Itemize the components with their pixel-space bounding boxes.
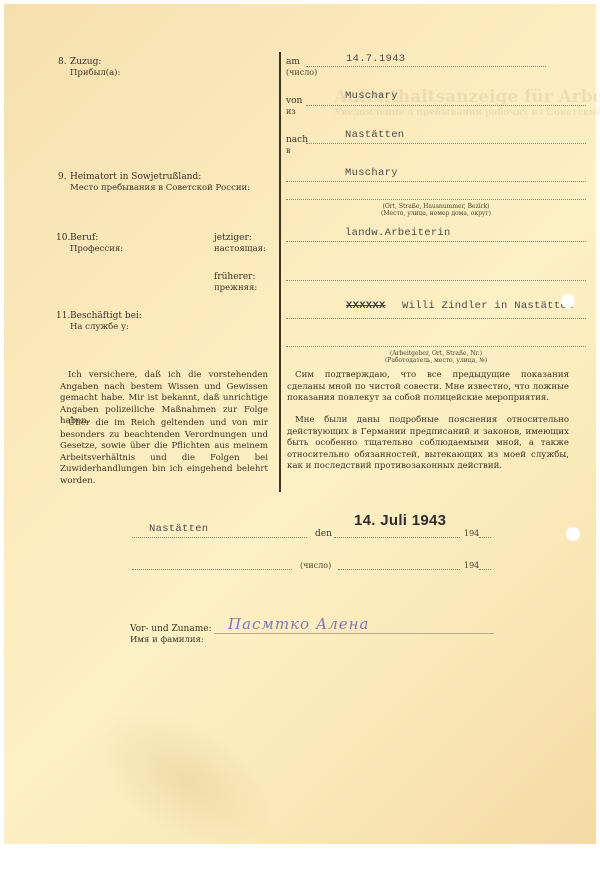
place-line-ru[interactable]	[132, 569, 292, 570]
declaration-de-para-2: Über die im Reich geltenden und von mir …	[60, 418, 268, 487]
hometown-line	[286, 181, 586, 182]
hometown-line-2	[286, 199, 586, 200]
former-profession-label-ru: прежняя:	[214, 283, 257, 293]
employer-hint-ru: (Работодатель, место, улица, №)	[286, 357, 586, 364]
employer-line	[286, 318, 586, 319]
year-prefix-2: 194	[464, 561, 479, 571]
chislo-label: (число)	[300, 561, 331, 571]
arrival-to-label-ru: в	[286, 146, 291, 156]
current-profession-label-ru: настоящая:	[214, 244, 266, 254]
employer-struck-text: XXXXXX	[346, 300, 386, 312]
field-10-label-ru: Профессия:	[70, 244, 123, 254]
current-profession-label-de: jetziger:	[214, 233, 252, 244]
field-9-label-de: Heimatort in Sowjetrußland:	[70, 172, 201, 183]
employer-value[interactable]: Willi Zindler in Nastätten	[402, 300, 574, 312]
declaration-ru-para-2: Мне были даны подробные пояснения относи…	[287, 415, 569, 473]
former-profession-label-de: früherer:	[214, 272, 256, 283]
field-11-label-ru: На службе у:	[70, 322, 129, 332]
arrival-from-label-de: von	[286, 96, 302, 107]
punch-hole-lower	[566, 527, 580, 541]
signature-value[interactable]: Пасмтко Алена	[228, 615, 369, 633]
date-line-ru[interactable]	[338, 569, 460, 570]
hometown-hint-de: (Ort, Straße, Hausnummer, Bezirk)	[286, 203, 586, 210]
field-9-number: 9.	[58, 172, 67, 183]
punch-hole-upper	[561, 294, 575, 308]
full-name-label-ru: Имя и фамилия:	[130, 635, 204, 645]
date-stamp: 14. Juli 1943	[354, 512, 446, 529]
arrival-date-label-ru: (число)	[286, 68, 317, 78]
declaration-ru-para-1: Сим подтверждаю, что все предыдущие пока…	[287, 370, 569, 405]
place-value[interactable]: Nastätten	[149, 523, 208, 535]
hometown-hint-ru: (Место, улица, номер дома, округ)	[286, 210, 586, 217]
former-profession-line[interactable]	[286, 280, 586, 281]
arrival-date-line	[306, 66, 546, 67]
field-9-label-ru: Место пребывания в Советской России:	[70, 183, 250, 193]
arrival-to-line	[306, 143, 586, 144]
arrival-to-value[interactable]: Nastätten	[345, 129, 404, 141]
employer-line-2	[286, 346, 586, 347]
arrival-to-label-de: nach	[286, 135, 308, 146]
year-line-2[interactable]	[479, 569, 491, 570]
column-divider	[279, 52, 281, 492]
arrival-from-line	[306, 105, 586, 106]
year-line-1[interactable]	[479, 537, 491, 538]
year-prefix-1: 194	[464, 529, 479, 539]
current-profession-line	[286, 241, 586, 242]
date-line	[334, 537, 460, 538]
hometown-value[interactable]: Muschary	[345, 167, 398, 179]
arrival-from-value[interactable]: Muschary	[345, 90, 398, 102]
field-8-label-ru: Прибыл(а):	[70, 68, 120, 78]
field-8-number: 8.	[58, 57, 67, 68]
field-11-number: 11.	[56, 311, 70, 322]
field-10-number: 10.	[56, 233, 70, 244]
den-label: den	[315, 529, 332, 540]
full-name-label-de: Vor- und Zuname:	[130, 624, 212, 635]
arrival-date-label-de: am	[286, 57, 300, 68]
bleed-through-subheading: Уведомление о пребывании рабочих из Сове…	[334, 108, 600, 118]
current-profession-value[interactable]: landw.Arbeiterin	[345, 227, 451, 239]
place-line	[132, 537, 307, 538]
field-11-label-de: Beschäftigt bei:	[70, 311, 142, 322]
document-page: Aufenthaltsanzeige für Arbeitskräfte aus…	[4, 4, 596, 844]
arrival-date-value[interactable]: 14.7.1943	[346, 53, 405, 65]
signature-line	[214, 633, 494, 634]
field-8-label-de: Zuzug:	[70, 57, 101, 68]
employer-hint-de: (Arbeitgeber, Ort, Straße, Nr.)	[286, 350, 586, 357]
field-10-label-de: Beruf:	[70, 233, 98, 244]
arrival-from-label-ru: из	[286, 107, 296, 117]
